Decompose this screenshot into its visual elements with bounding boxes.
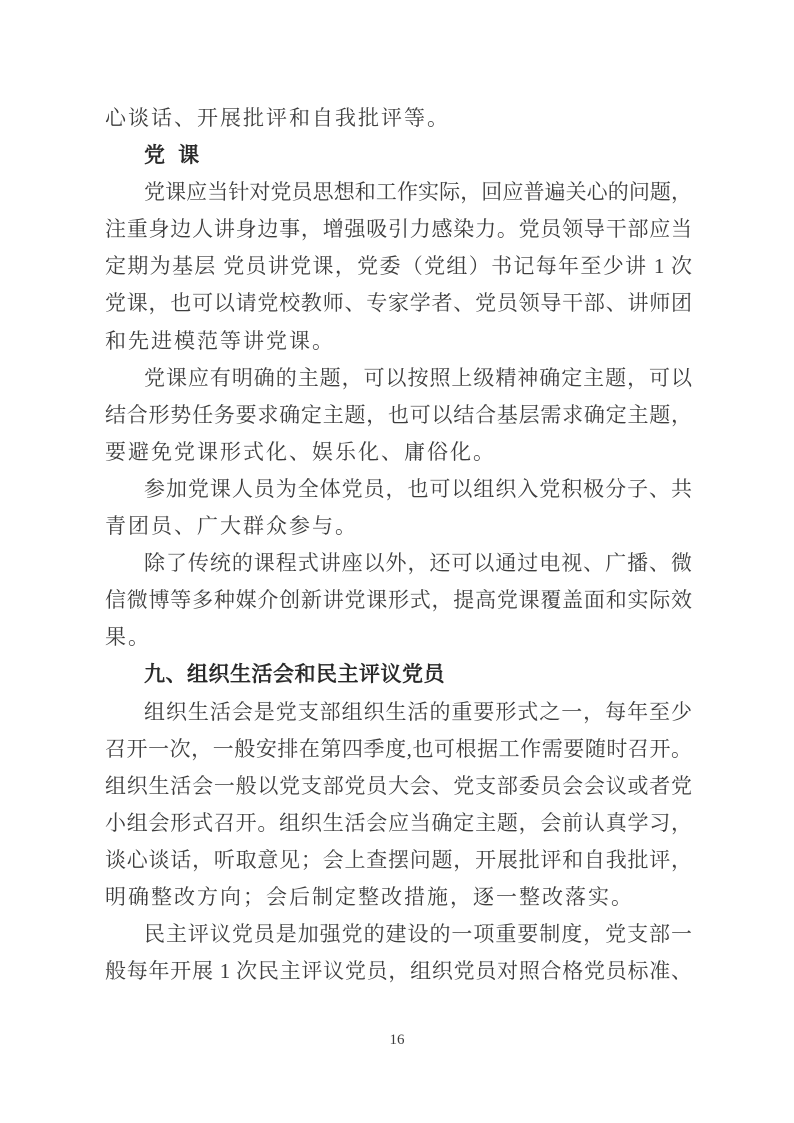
section-heading: 党 课 xyxy=(105,137,692,174)
section-heading: 九、组织生活会和民主评议党员 xyxy=(105,656,692,693)
text-line: 果。 xyxy=(105,619,692,656)
text-line: 党课，也可以请党校教师、专家学者、党员领导干部、讲师团 xyxy=(105,285,692,322)
text-line: 注重身边人讲身边事，增强吸引力感染力。党员领导干部应当 xyxy=(105,211,692,248)
text-line: 参加党课人员为全体党员，也可以组织入党积极分子、共 xyxy=(105,471,692,508)
text-line: 小组会形式召开。组织生活会应当确定主题，会前认真学习， xyxy=(105,805,692,842)
text-line: 要避免党课形式化、娱乐化、庸俗化。 xyxy=(105,434,692,471)
text-line: 除了传统的课程式讲座以外，还可以通过电视、广播、微 xyxy=(105,545,692,582)
text-line: 青团员、广大群众参与。 xyxy=(105,508,692,545)
text-line: 党课应有明确的主题，可以按照上级精神确定主题，可以 xyxy=(105,360,692,397)
document-body: 心谈话、开展批评和自我批评等。党 课党课应当针对党员思想和工作实际，回应普遍关心… xyxy=(105,100,692,990)
text-line: 信微博等多种媒介创新讲党课形式，提高党课覆盖面和实际效 xyxy=(105,582,692,619)
text-line: 民主评议党员是加强党的建设的一项重要制度，党支部一 xyxy=(105,916,692,953)
text-line: 和先进模范等讲党课。 xyxy=(105,323,692,360)
document-page: 心谈话、开展批评和自我批评等。党 课党课应当针对党员思想和工作实际，回应普遍关心… xyxy=(0,0,794,1123)
text-line: 召开一次，一般安排在第四季度,也可根据工作需要随时召开。 xyxy=(105,731,692,768)
text-line: 定期为基层 党员讲党课，党委（党组）书记每年至少讲 1 次 xyxy=(105,248,692,285)
text-line: 般每年开展 1 次民主评议党员，组织党员对照合格党员标准、 xyxy=(105,953,692,990)
text-line: 心谈话、开展批评和自我批评等。 xyxy=(105,100,692,137)
text-line: 明确整改方向；会后制定整改措施，逐一整改落实。 xyxy=(105,879,692,916)
page-number: 16 xyxy=(0,1031,794,1049)
text-line: 谈心谈话，听取意见；会上查摆问题，开展批评和自我批评， xyxy=(105,842,692,879)
text-line: 组织生活会一般以党支部党员大会、党支部委员会会议或者党 xyxy=(105,768,692,805)
text-line: 结合形势任务要求确定主题，也可以结合基层需求确定主题， xyxy=(105,397,692,434)
text-line: 党课应当针对党员思想和工作实际，回应普遍关心的问题， xyxy=(105,174,692,211)
text-line: 组织生活会是党支部组织生活的重要形式之一，每年至少 xyxy=(105,694,692,731)
